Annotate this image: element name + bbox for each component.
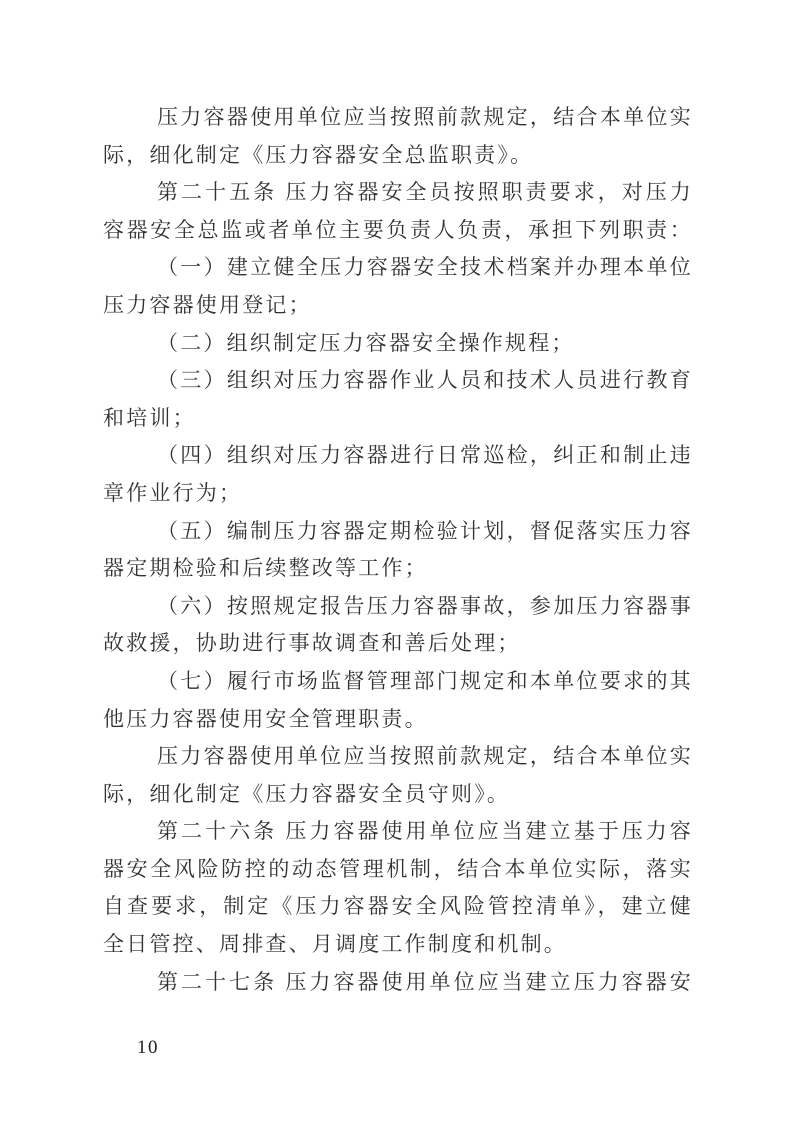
text-line: 第二十五条 压力容器安全员按照职责要求，对压力	[103, 174, 693, 212]
text-line: 压力容器使用单位应当按照前款规定，结合本单位实	[103, 738, 693, 776]
text-line: 际，细化制定《压力容器安全员守则》。	[103, 776, 693, 814]
text-line: 章作业行为；	[103, 475, 693, 513]
text-line: （四）组织对压力容器进行日常巡检，纠正和制止违	[103, 437, 693, 475]
text-line: 和培训；	[103, 400, 693, 438]
text-line: 故救援，协助进行事故调查和善后处理；	[103, 625, 693, 663]
text-line: 自查要求，制定《压力容器安全风险管控清单》，建立健	[103, 888, 693, 926]
text-line: 器定期检验和后续整改等工作；	[103, 550, 693, 588]
text-line: 器安全风险防控的动态管理机制，结合本单位实际，落实	[103, 851, 693, 889]
text-line: 容器安全总监或者单位主要负责人负责，承担下列职责：	[103, 212, 693, 250]
text-line: （二）组织制定压力容器安全操作规程；	[103, 325, 693, 363]
document-page: 压力容器使用单位应当按照前款规定，结合本单位实 际，细化制定《压力容器安全总监职…	[0, 0, 793, 1122]
text-line: 他压力容器使用安全管理职责。	[103, 701, 693, 739]
text-line: 际，细化制定《压力容器安全总监职责》。	[103, 137, 693, 175]
text-line: 第二十六条 压力容器使用单位应当建立基于压力容	[103, 813, 693, 851]
text-line: （三）组织对压力容器作业人员和技术人员进行教育	[103, 362, 693, 400]
document-body: 压力容器使用单位应当按照前款规定，结合本单位实 际，细化制定《压力容器安全总监职…	[103, 99, 693, 1001]
text-line: 压力容器使用登记；	[103, 287, 693, 325]
text-line: （一）建立健全压力容器安全技术档案并办理本单位	[103, 249, 693, 287]
text-line: 第二十七条 压力容器使用单位应当建立压力容器安	[103, 964, 693, 1002]
text-line: 全日管控、周排查、月调度工作制度和机制。	[103, 926, 693, 964]
text-line: 压力容器使用单位应当按照前款规定，结合本单位实	[103, 99, 693, 137]
text-line: （七）履行市场监督管理部门规定和本单位要求的其	[103, 663, 693, 701]
page-number: 10	[137, 1035, 159, 1061]
text-line: （六）按照规定报告压力容器事故，参加压力容器事	[103, 588, 693, 626]
text-line: （五）编制压力容器定期检验计划，督促落实压力容	[103, 513, 693, 551]
